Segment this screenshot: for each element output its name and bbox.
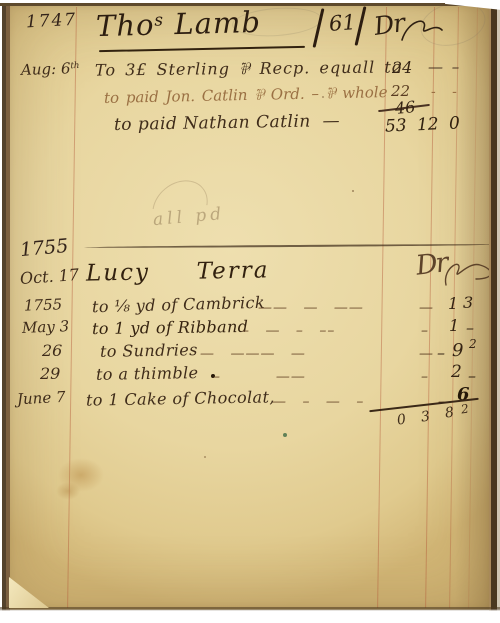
entry-trailing-dashes: — ——— — bbox=[200, 347, 306, 361]
amount-shillings: 2 bbox=[451, 364, 462, 381]
amount-pre-dash: — bbox=[419, 347, 433, 361]
entry-trailing-dashes: —— — —— bbox=[258, 301, 364, 315]
amount-pre-dash: – bbox=[421, 324, 428, 338]
amount-shillings: 1 bbox=[448, 296, 458, 312]
folio-number: 61 bbox=[328, 12, 356, 35]
ink-speck bbox=[283, 433, 287, 437]
ink-speck bbox=[204, 456, 206, 458]
subtotal-amount: 46 bbox=[394, 99, 416, 117]
entry-date: 1755 bbox=[24, 297, 63, 313]
page-left-edge bbox=[0, 0, 10, 623]
amount-shillings: 1 bbox=[449, 318, 459, 334]
amount-pence: 3 bbox=[463, 295, 473, 311]
account-name-thomas-lamb: Thos Lamb bbox=[96, 8, 262, 41]
entry-date: May 3 bbox=[22, 319, 70, 336]
year-1747: 1747 bbox=[26, 12, 78, 32]
entry-date: 29 bbox=[40, 366, 60, 382]
amount-pre-dash: – bbox=[421, 370, 428, 384]
entry-date-superscript: th bbox=[70, 61, 79, 71]
entry-amount: 24 bbox=[392, 60, 412, 76]
entry-description: to 1 Cake of Chocolat, bbox=[86, 389, 275, 408]
paper-stain bbox=[56, 482, 80, 500]
amount-pence: – bbox=[466, 320, 474, 336]
amount-farthings: 2 bbox=[469, 338, 477, 350]
ledger-scan: 1747 Thos Lamb 61 Dr Aug: 6th To 3£ Ster… bbox=[0, 0, 500, 623]
page-bottom-edge bbox=[0, 607, 500, 623]
entry-trailing-dashes: — – bbox=[428, 60, 459, 75]
entry-description: to paid Nathan Catlin — bbox=[114, 113, 340, 134]
account-name-lucy-terra: Lucy Terra bbox=[86, 259, 270, 285]
amount-pre-dash: — bbox=[419, 301, 433, 315]
amount-pence: – bbox=[468, 368, 476, 384]
account-name-post: Lamb bbox=[164, 5, 262, 42]
entry-description: To 3£ Sterling ⅌ Recp. equall to bbox=[95, 59, 403, 78]
entry-amount: 53 12 0 bbox=[385, 115, 461, 135]
entry-trailing-dashes: – — – –– bbox=[242, 324, 335, 338]
amount-pence: 9 bbox=[452, 342, 463, 360]
entry-description: to Sundries bbox=[100, 342, 198, 360]
entry-date: 26 bbox=[42, 343, 62, 359]
entry-date: June 7 bbox=[17, 390, 66, 408]
total-pence: 8 bbox=[444, 405, 455, 420]
entry-trailing-dashes: – —— bbox=[213, 370, 306, 384]
account-date: Oct. 17 bbox=[20, 267, 80, 287]
entry-trailing-dashes: — – — – bbox=[272, 395, 364, 409]
account-name-pre: Tho bbox=[96, 8, 155, 44]
entry-date-text: Aug: 6 bbox=[21, 59, 71, 79]
entry-date: Aug: 6th bbox=[21, 61, 80, 78]
account-name-superscript: s bbox=[154, 9, 164, 29]
entry-trailing-dashes: - - bbox=[431, 85, 457, 99]
page-top-edge bbox=[0, 0, 500, 8]
year-1755: 1755 bbox=[19, 237, 69, 260]
entry-description: to ⅛ yd of Cambrick bbox=[92, 295, 265, 316]
total-farthings: 2 bbox=[460, 403, 469, 416]
entry-description: to 1 yd of Ribband bbox=[92, 319, 249, 337]
entry-description: to a thimble bbox=[96, 365, 199, 383]
total-pounds: 0 bbox=[396, 412, 407, 427]
total-shillings: 3 bbox=[420, 409, 431, 424]
dr-flourish bbox=[398, 14, 446, 48]
amount-shillings: – bbox=[437, 345, 445, 361]
ink-speck bbox=[352, 190, 354, 192]
page-right-edge bbox=[489, 0, 500, 623]
